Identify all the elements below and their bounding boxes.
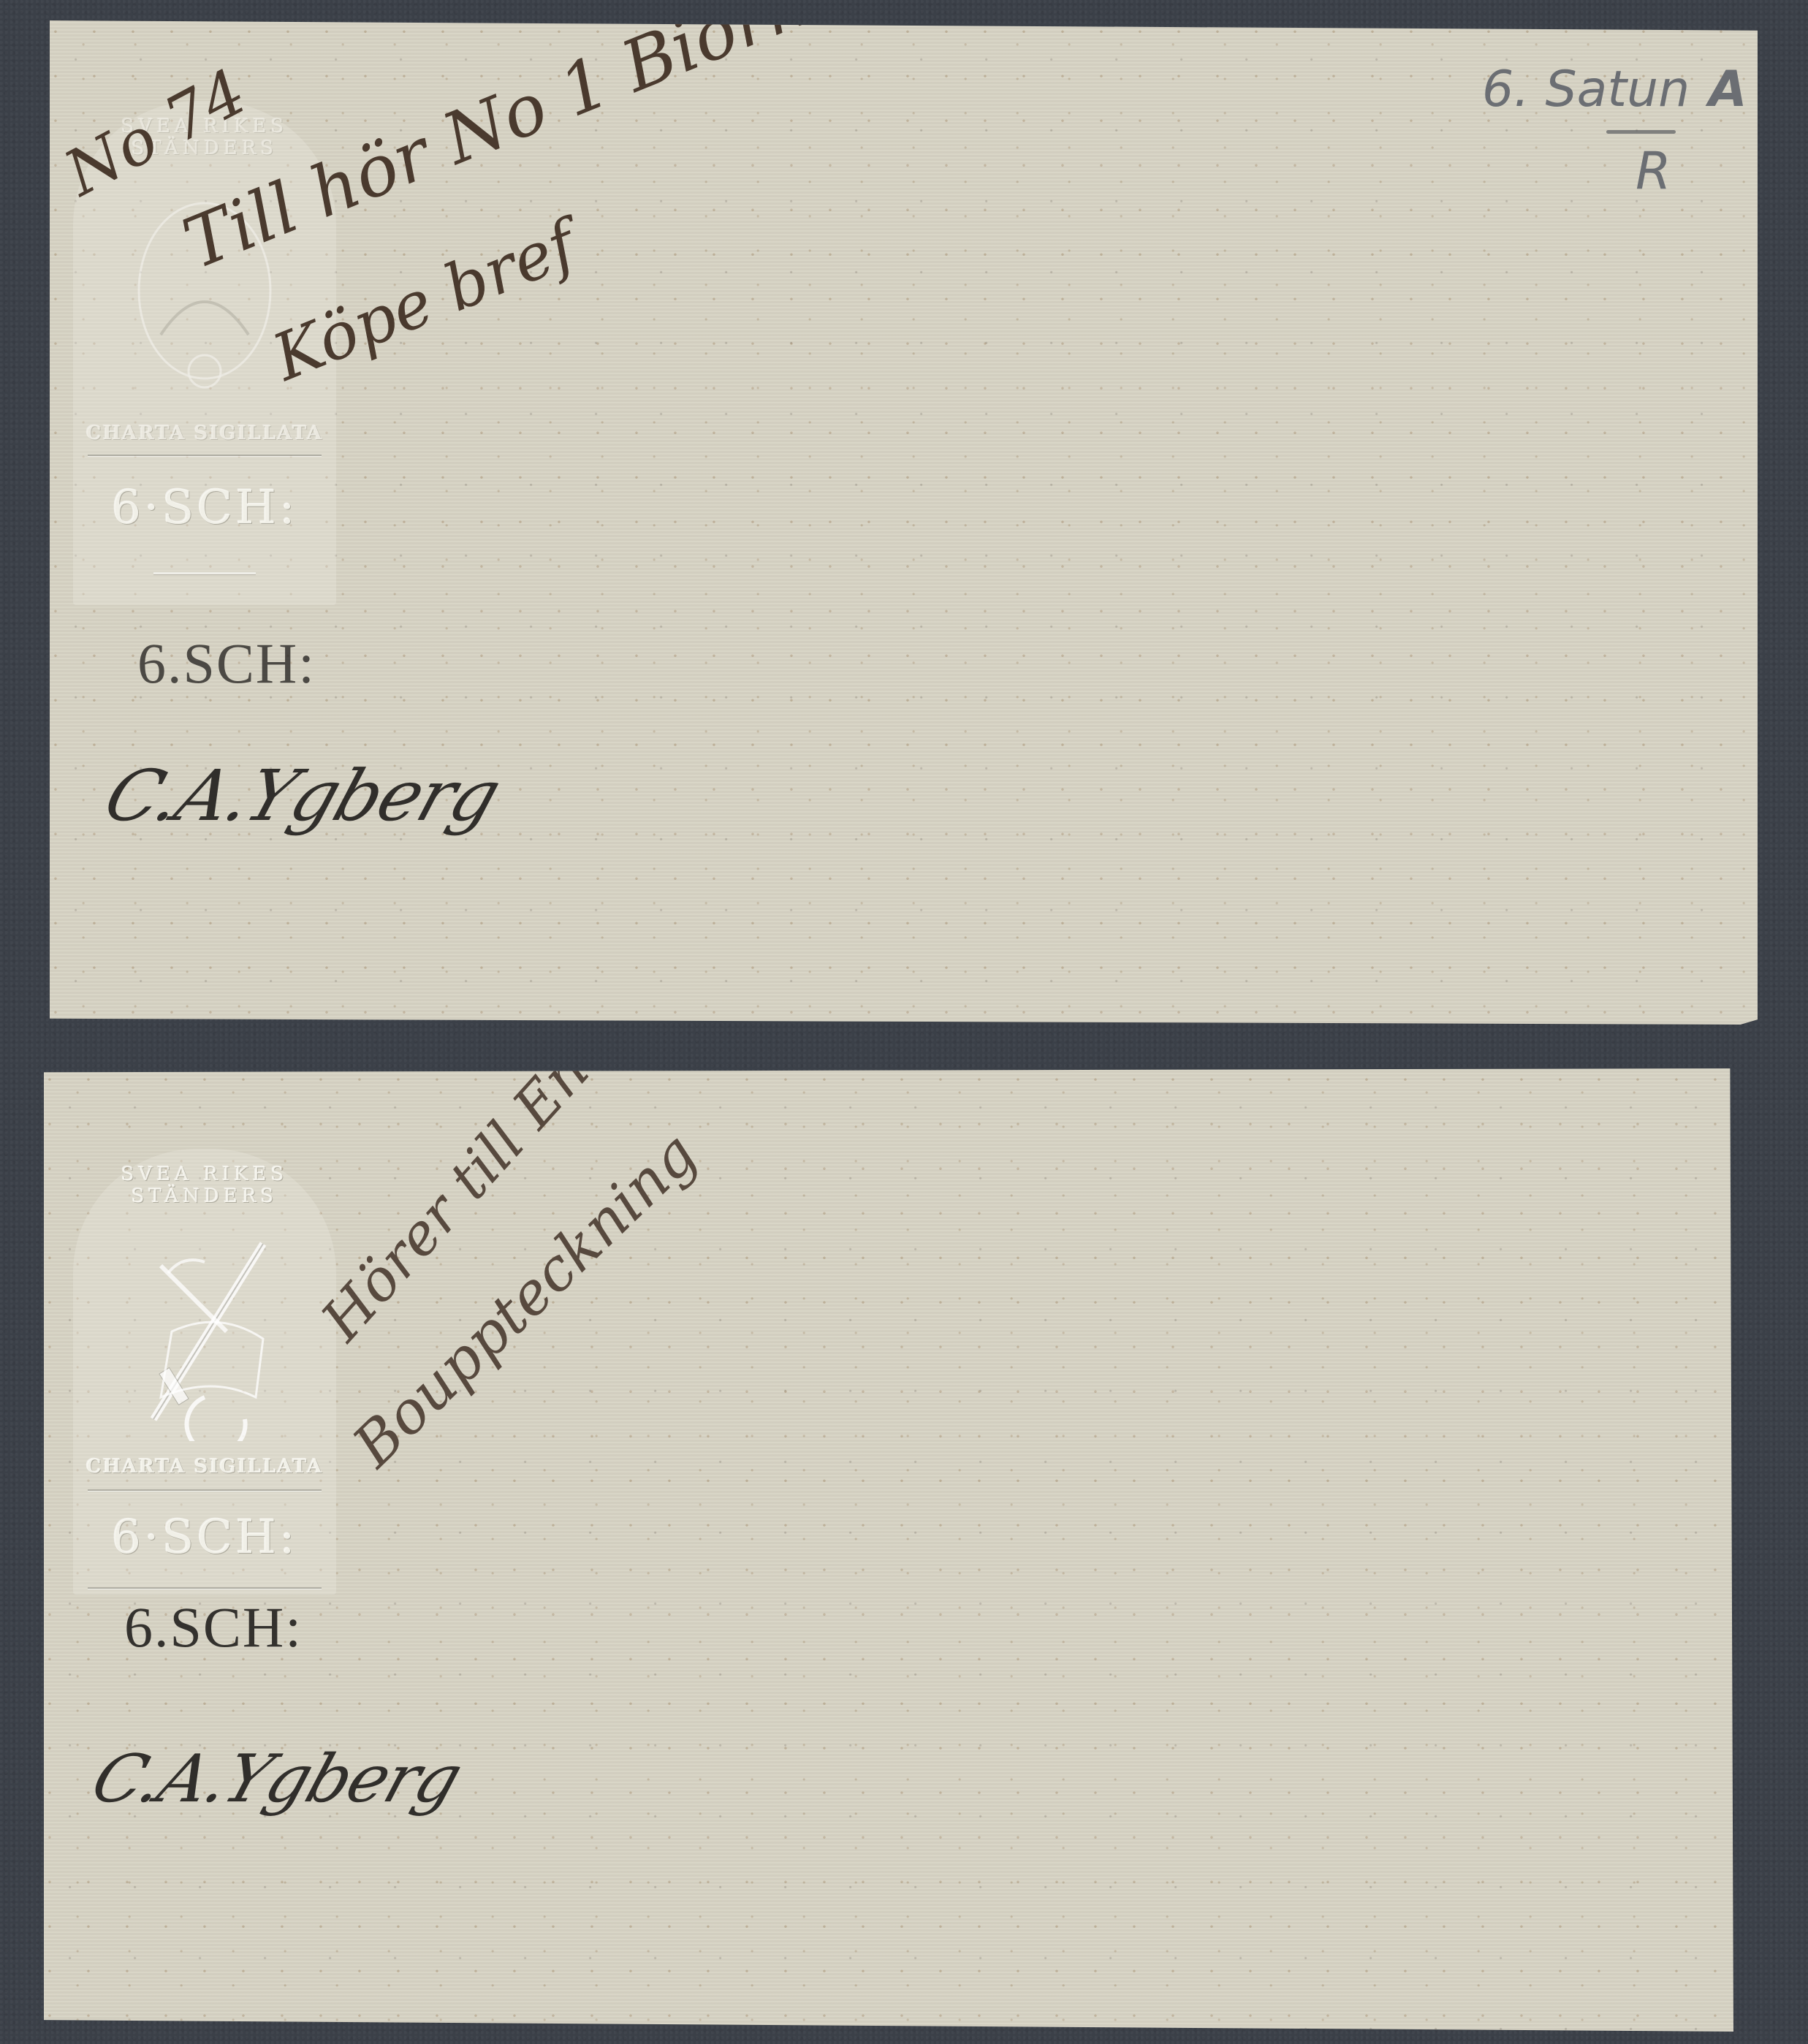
pencil-note-2: R	[1636, 141, 1671, 201]
printed-tax-value: 6.SCH:	[124, 1595, 303, 1660]
sword-flag-emblem-icon	[117, 1229, 292, 1441]
seal-divider	[88, 455, 322, 456]
printed-signature: C.A.Ygberg	[83, 1741, 471, 1817]
pencil-note-1a: 6. Satun	[1482, 61, 1690, 118]
seal-underline	[153, 572, 256, 574]
seal-legend: CHARTA SIGILLATA	[73, 422, 336, 444]
seal-arc-text: SVEA RIKES STÄNDERS	[73, 1163, 336, 1207]
embossed-revenue-seal: SVEA RIKES STÄNDERS CHARTA SIGILLATA 6·S…	[73, 1149, 336, 1595]
seal-legend: CHARTA SIGILLATA	[73, 1456, 336, 1478]
seal-value: 6·SCH:	[73, 1511, 336, 1565]
seal-divider	[88, 1489, 322, 1491]
pencil-underline	[1606, 130, 1676, 134]
printed-signature: C.A.Ygberg	[95, 755, 509, 837]
printed-tax-value: 6.SCH:	[137, 631, 316, 696]
seal-value: 6·SCH:	[73, 481, 336, 535]
stamped-paper-bottom: SVEA RIKES STÄNDERS CHARTA SIGILLATA 6·S…	[44, 1068, 1733, 2032]
seal-bottom-rule	[88, 1587, 322, 1589]
pencil-note-1b: A	[1709, 61, 1747, 118]
stamped-paper-top: SVEA RIKES STÄNDERS CHARTA SIGILLATA 6·S…	[50, 20, 1758, 1025]
